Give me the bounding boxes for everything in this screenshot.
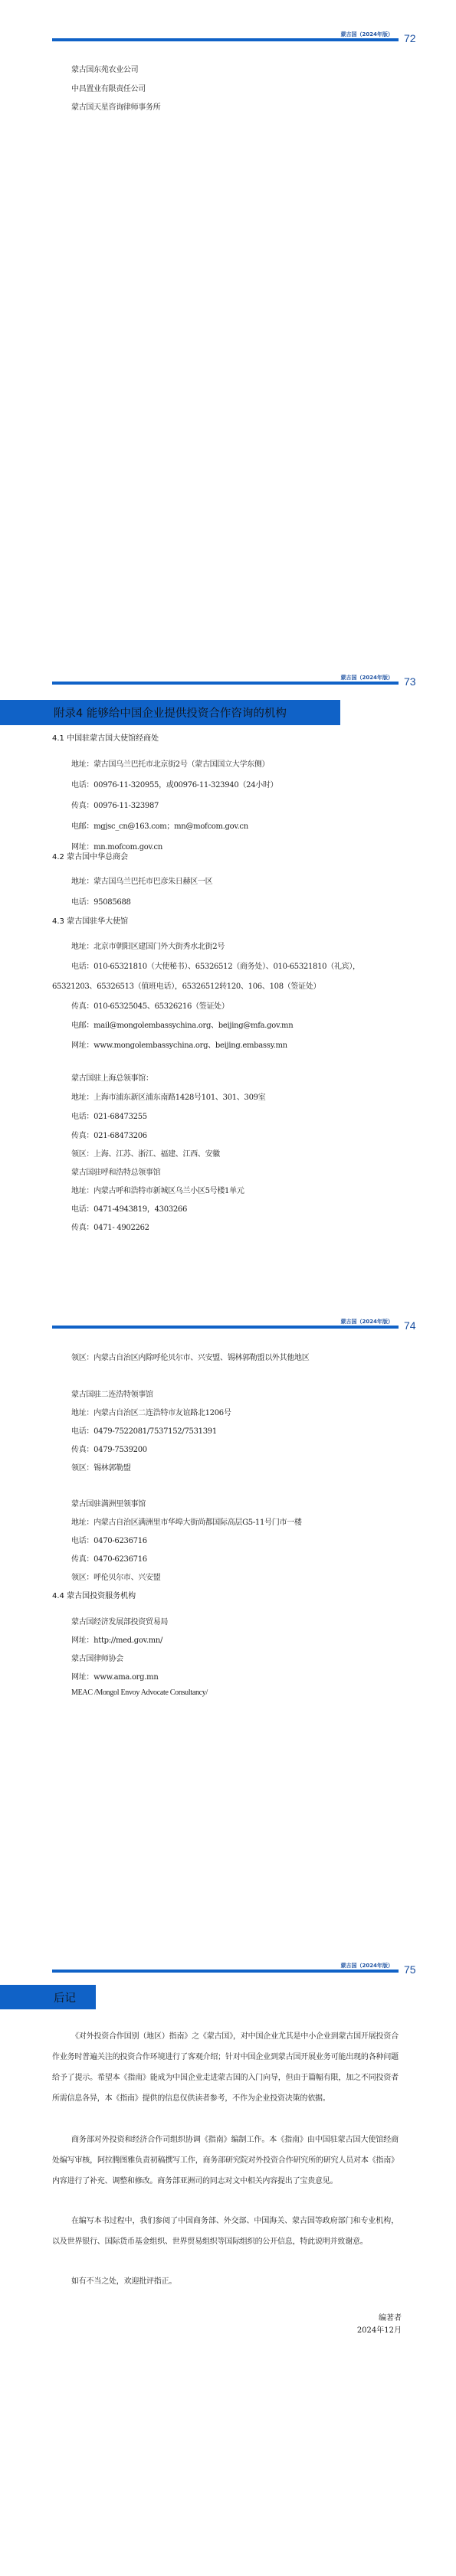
hohhot-consulate-address: 地址：内蒙古呼和浩特市新城区乌兰小区5号楼1单元 (71, 1184, 244, 1195)
investment-bureau-website: 网址：http://med.gov.mn/ (71, 1633, 162, 1645)
page-number: 75 (404, 1963, 416, 1976)
header-rule (52, 1326, 399, 1329)
section-heading-4-1: 4.1 中国驻蒙古国大使馆经商处 (52, 731, 159, 743)
hohhot-consulate-phone: 电话：0471-4943819，4303266 (71, 1202, 187, 1214)
afterword-paragraph: 《对外投资合作国别（地区）指南》之《蒙古国》，对中国企业尤其是中小企业到蒙古国开… (52, 2026, 399, 2109)
chamber-address: 地址：蒙古国乌兰巴托市巴彦朱日赫区一区 (71, 874, 212, 886)
page-number: 72 (404, 32, 416, 44)
mongol-embassy-email: 电邮：mail@mongolembassychina.org、beijing@m… (71, 1018, 293, 1030)
shanghai-consulate-region: 领区：上海、江苏、浙江、福建、江西、安徽 (71, 1147, 220, 1159)
running-header-title: 蒙古国（2024年版） (341, 1318, 393, 1326)
running-header-title: 蒙古国（2024年版） (341, 1962, 393, 1970)
mongol-embassy-fax: 传真：010-65325045、65326216（签证处） (71, 999, 229, 1011)
company-name: 中昌置业有限责任公司 (71, 82, 146, 93)
embassy-address: 地址：蒙古国乌兰巴托市北京街2号（蒙古国国立大学东侧） (71, 757, 269, 769)
meac-name: MEAC /Mongol Envoy Advocate Consultancy/ (71, 1688, 208, 1697)
page-72: 蒙古国（2024年版） 72 蒙古国东苑农业公司 中昌置业有限责任公司 蒙古国天… (0, 0, 456, 644)
running-header-title: 蒙古国（2024年版） (341, 31, 393, 38)
page-73: 蒙古国（2024年版） 73 附录4 能够给中国企业提供投资合作咨询的机构 4.… (0, 644, 456, 1288)
page-number: 74 (404, 1319, 416, 1332)
manzhouli-consulate-phone: 电话：0470-6236716 (71, 1534, 147, 1545)
manzhouli-consulate-name: 蒙古国驻满洲里领事馆 (71, 1497, 146, 1509)
running-header-title: 蒙古国（2024年版） (341, 674, 393, 682)
page-75: 蒙古国（2024年版） 75 后记 《对外投资合作国别（地区）指南》之《蒙古国》… (0, 1932, 456, 2576)
erenhot-consulate-region: 领区：锡林郭勒盟 (71, 1461, 131, 1473)
signature-date: 2024年12月 (357, 2323, 402, 2335)
section-heading-4-4: 4.4 蒙古国投资服务机构 (52, 1589, 136, 1600)
erenhot-consulate-name: 蒙古国驻二连浩特领事馆 (71, 1388, 153, 1399)
investment-bureau-name: 蒙古国经济发展部投资贸易局 (71, 1615, 168, 1626)
manzhouli-consulate-address: 地址：内蒙古自治区满洲里市华埠大街尚都国际高层G5-11号门市一楼 (71, 1515, 302, 1527)
manzhouli-consulate-region: 领区：呼伦贝尔市、兴安盟 (71, 1571, 160, 1582)
header-rule (52, 1970, 399, 1973)
shanghai-consulate-name: 蒙古国驻上海总领事馆： (71, 1071, 153, 1083)
erenhot-consulate-address: 地址：内蒙古自治区二连浩特市友谊路北1206号 (71, 1406, 231, 1417)
afterword-paragraph: 如有不当之处，欢迎批评指正。 (52, 2271, 399, 2292)
afterword-paragraph: 在编写本书过程中，我们参阅了中国商务部、外交部、中国海关、蒙古国等政府部门和专业… (52, 2211, 399, 2252)
page-number: 73 (404, 675, 416, 688)
section-heading-4-2: 4.2 蒙古国中华总商会 (52, 850, 128, 861)
afterword-paragraph: 商务部对外投资和经济合作司组织协调《指南》编制工作。本《指南》由中国驻蒙古国大使… (52, 2130, 399, 2192)
shanghai-consulate-fax: 传真：021-68473206 (71, 1129, 147, 1140)
bar-association-name: 蒙古国律师协会 (71, 1652, 123, 1663)
manzhouli-consulate-fax: 传真：0470-6236716 (71, 1552, 147, 1564)
erenhot-consulate-fax: 传真：0479-7539200 (71, 1443, 147, 1454)
embassy-email: 电邮：mgjsc_cn@163.com；mn@mofcom.gov.cn (71, 819, 248, 831)
mongol-embassy-phone-cont: 65321203、65326513（值班电话），65326512转120、106… (52, 979, 320, 991)
chamber-phone: 电话：95085688 (71, 895, 131, 907)
shanghai-consulate-phone: 电话：021-68473255 (71, 1110, 147, 1121)
hohhot-consulate-fax: 传真：0471- 4902262 (71, 1221, 149, 1232)
page-74: 蒙古国（2024年版） 74 领区：内蒙古自治区内除呼伦贝尔市、兴安盟、锡林郭勒… (0, 1288, 456, 1932)
bar-association-website: 网址：www.ama.org.mn (71, 1670, 158, 1682)
shanghai-consulate-address: 地址：上海市浦东新区浦东南路1428号101、301、309室 (71, 1090, 265, 1102)
signature-author: 编著者 (379, 2311, 402, 2323)
appendix-title: 附录4 能够给中国企业提供投资合作咨询的机构 (54, 704, 287, 721)
hohhot-consulate-region: 领区：内蒙古自治区内除呼伦贝尔市、兴安盟、锡林郭勒盟以外其他地区 (71, 1351, 309, 1362)
company-name: 蒙古国天星咨询律师事务所 (71, 100, 160, 112)
embassy-phone: 电话：00976-11-320955，或00976-11-323940（24小时… (71, 778, 277, 789)
afterword-banner: 后记 (0, 1985, 96, 2009)
afterword-title: 后记 (54, 1989, 76, 2006)
appendix-banner: 附录4 能够给中国企业提供投资合作咨询的机构 (0, 700, 340, 725)
hohhot-consulate-name: 蒙古国驻呼和浩特总领事馆 (71, 1165, 160, 1177)
embassy-fax: 传真：00976-11-323987 (71, 799, 159, 810)
erenhot-consulate-phone: 电话：0479-7522081/7537152/7531391 (71, 1424, 217, 1436)
mongol-embassy-website: 网址：www.mongolembassychina.org、beijing.em… (71, 1038, 287, 1050)
mongol-embassy-address: 地址：北京市朝阳区建国门外大街秀水北街2号 (71, 940, 225, 951)
mongol-embassy-phone: 电话：010-65321810（大使秘书）、65326512（商务处）、010-… (71, 959, 360, 971)
header-rule (52, 38, 399, 41)
company-name: 蒙古国东苑农业公司 (71, 63, 138, 74)
header-rule (52, 682, 399, 685)
section-heading-4-3: 4.3 蒙古国驻华大使馆 (52, 914, 128, 926)
